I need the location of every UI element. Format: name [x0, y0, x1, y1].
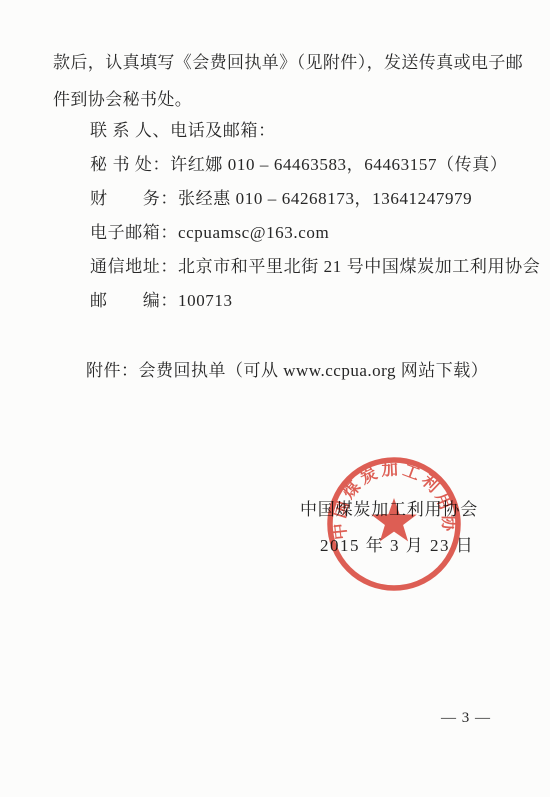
contact-label: 财 务：: [90, 189, 178, 208]
contact-value: 北京市和平里北街 21 号中国煤炭加工利用协会: [178, 257, 540, 276]
contact-value: ccpuamsc@163.com: [178, 223, 329, 242]
contact-value: 许红娜 010 – 64463583，64463157（传真）: [170, 155, 507, 174]
contact-label: 通信地址：: [90, 257, 178, 276]
contact-block: 联 系 人、电话及邮箱： 秘 书 处：许红娜 010 – 64463583，64…: [90, 114, 540, 318]
body-paragraph: 款后，认真填写《会费回执单》（见附件），发送传真或电子邮 件到协会秘书处。: [53, 44, 505, 118]
attachment-note: 附件：会费回执单（可从 www.ccpua.org 网站下载）: [86, 356, 488, 381]
signature-date: 2015 年 3 月 23 日: [320, 531, 474, 556]
signature-org-name: 中国煤炭加工利用协会: [300, 495, 478, 520]
page-number: — 3 —: [441, 710, 491, 727]
contact-value: 100713: [178, 291, 233, 310]
document-page: 款后，认真填写《会费回执单》（见附件），发送传真或电子邮 件到协会秘书处。 联 …: [0, 0, 550, 797]
contact-label: 邮 编：: [90, 291, 178, 310]
contact-row-postcode: 邮 编：100713: [90, 284, 540, 318]
contact-value: 张经惠 010 – 64268173，13641247979: [178, 189, 472, 208]
seal-ring: [330, 460, 458, 588]
contact-label: 电子邮箱：: [90, 223, 178, 242]
contact-heading: 联 系 人、电话及邮箱：: [90, 114, 540, 148]
official-seal-stamp: 中国煤炭加工利用协会: [319, 449, 469, 599]
body-line-1: 款后，认真填写《会费回执单》（见附件），发送传真或电子邮: [53, 44, 505, 81]
contact-row-email: 电子邮箱：ccpuamsc@163.com: [90, 216, 540, 250]
contact-row-address: 通信地址：北京市和平里北街 21 号中国煤炭加工利用协会: [90, 250, 540, 284]
contact-row-secretariat: 秘 书 处：许红娜 010 – 64463583，64463157（传真）: [90, 148, 540, 182]
contact-label: 秘 书 处：: [90, 155, 170, 174]
contact-row-finance: 财 务：张经惠 010 – 64268173，13641247979: [90, 182, 540, 216]
body-line-2: 件到协会秘书处。: [53, 81, 505, 118]
